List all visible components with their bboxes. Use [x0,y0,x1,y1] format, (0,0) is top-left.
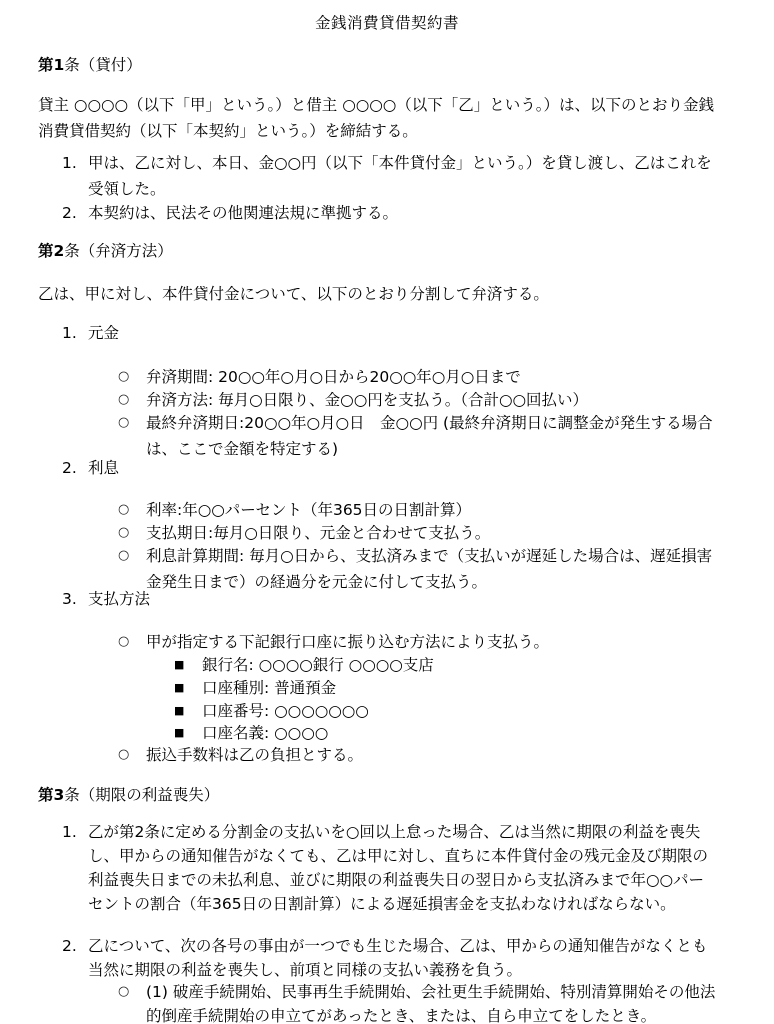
list-marker: 1. [62,320,84,346]
account-type: ■ 口座種別: 普通預金 [172,676,672,700]
article-2-title: 条（弁済方法） [64,242,173,260]
document-title: 金銭消費貸借契約書 [0,12,774,34]
article-3-item-1: 1. 乙が第2条に定める分割金の支払いを○回以上怠った場合、乙は当然に期限の利益… [62,820,717,916]
square-bullet-icon: ■ [174,699,184,723]
list-marker: 1. [62,820,84,844]
list-item-text: (1) 破産手続開始、民事再生手続開始、会社更生手続開始、特別清算開始その他法的… [146,980,726,1024]
section-label: 支払方法 [88,586,722,612]
payment-item-2: ○ 振込手数料は乙の負担とする。 [116,742,726,768]
square-bullet-icon: ■ [174,676,184,700]
list-item-text: 本契約は、民法その他関連法規に準拠する。 [88,200,722,226]
article-3-title: 条（期限の利益喪失） [64,786,219,804]
square-bullet-icon: ■ [174,653,184,677]
article-1-item-2: 2. 本契約は、民法その他関連法規に準拠する。 [62,200,722,226]
article-3-subitem-1: ○ (1) 破産手続開始、民事再生手続開始、会社更生手続開始、特別清算開始その他… [116,980,726,1024]
list-marker: 1. [62,150,84,176]
list-item-text: 甲が指定する下記銀行口座に振り込む方法により支払う。 [146,629,726,655]
bank-detail-text: 口座種別: 普通預金 [202,676,672,700]
article-1-heading: 第1条（貸付） [38,54,142,76]
article-2-section-interest: 2. 利息 [62,455,722,481]
article-2-intro: 乙は、甲に対し、本件貸付金について、以下のとおり分割して弁済する。 [38,281,738,307]
list-item-text: 乙について、次の各号の事由が一つでも生じた場合、乙は、甲からの通知催告がなくとも… [88,934,717,982]
hollow-bullet-icon: ○ [118,543,129,569]
list-item-text: 甲は、乙に対し、本日、金○○円（以下「本件貸付金」という。）を貸し渡し、乙はこれ… [88,150,722,202]
article-2-heading: 第2条（弁済方法） [38,240,173,262]
article-2-number: 第2 [38,242,64,260]
article-1-intro: 貸主 ○○○○（以下「甲」という。）と借主 ○○○○（以下「乙」という。）は、以… [38,92,728,144]
article-1-number: 第1 [38,56,64,74]
article-3-item-2: 2. 乙について、次の各号の事由が一つでも生じた場合、乙は、甲からの通知催告がな… [62,934,717,982]
article-2-section-principal: 1. 元金 [62,320,722,346]
list-item-text: 振込手数料は乙の負担とする。 [146,742,726,768]
payment-item-1: ○ 甲が指定する下記銀行口座に振り込む方法により支払う。 [116,629,726,655]
hollow-bullet-icon: ○ [118,742,129,768]
hollow-bullet-icon: ○ [118,410,129,436]
section-label: 利息 [88,455,722,481]
hollow-bullet-icon: ○ [118,629,129,655]
list-item-text: 乙が第2条に定める分割金の支払いを○回以上怠った場合、乙は当然に期限の利益を喪失… [88,820,717,916]
account-number: ■ 口座番号: ○○○○○○○ [172,699,672,723]
hollow-bullet-icon: ○ [118,980,129,1004]
article-1-title: 条（貸付） [64,56,142,74]
article-3-heading: 第3条（期限の利益喪失） [38,784,219,806]
bank-detail-text: 口座番号: ○○○○○○○ [202,699,672,723]
article-2-section-payment-method: 3. 支払方法 [62,586,722,612]
bank-name: ■ 銀行名: ○○○○銀行 ○○○○支店 [172,653,672,677]
article-3-number: 第3 [38,786,64,804]
list-marker: 2. [62,200,84,226]
bank-detail-text: 銀行名: ○○○○銀行 ○○○○支店 [202,653,672,677]
list-marker: 3. [62,586,84,612]
list-marker: 2. [62,455,84,481]
list-marker: 2. [62,934,84,958]
document-page: 金銭消費貸借契約書 第1条（貸付） 貸主 ○○○○（以下「甲」という。）と借主 … [0,0,774,1024]
article-1-item-1: 1. 甲は、乙に対し、本日、金○○円（以下「本件貸付金」という。）を貸し渡し、乙… [62,150,722,202]
section-label: 元金 [88,320,722,346]
